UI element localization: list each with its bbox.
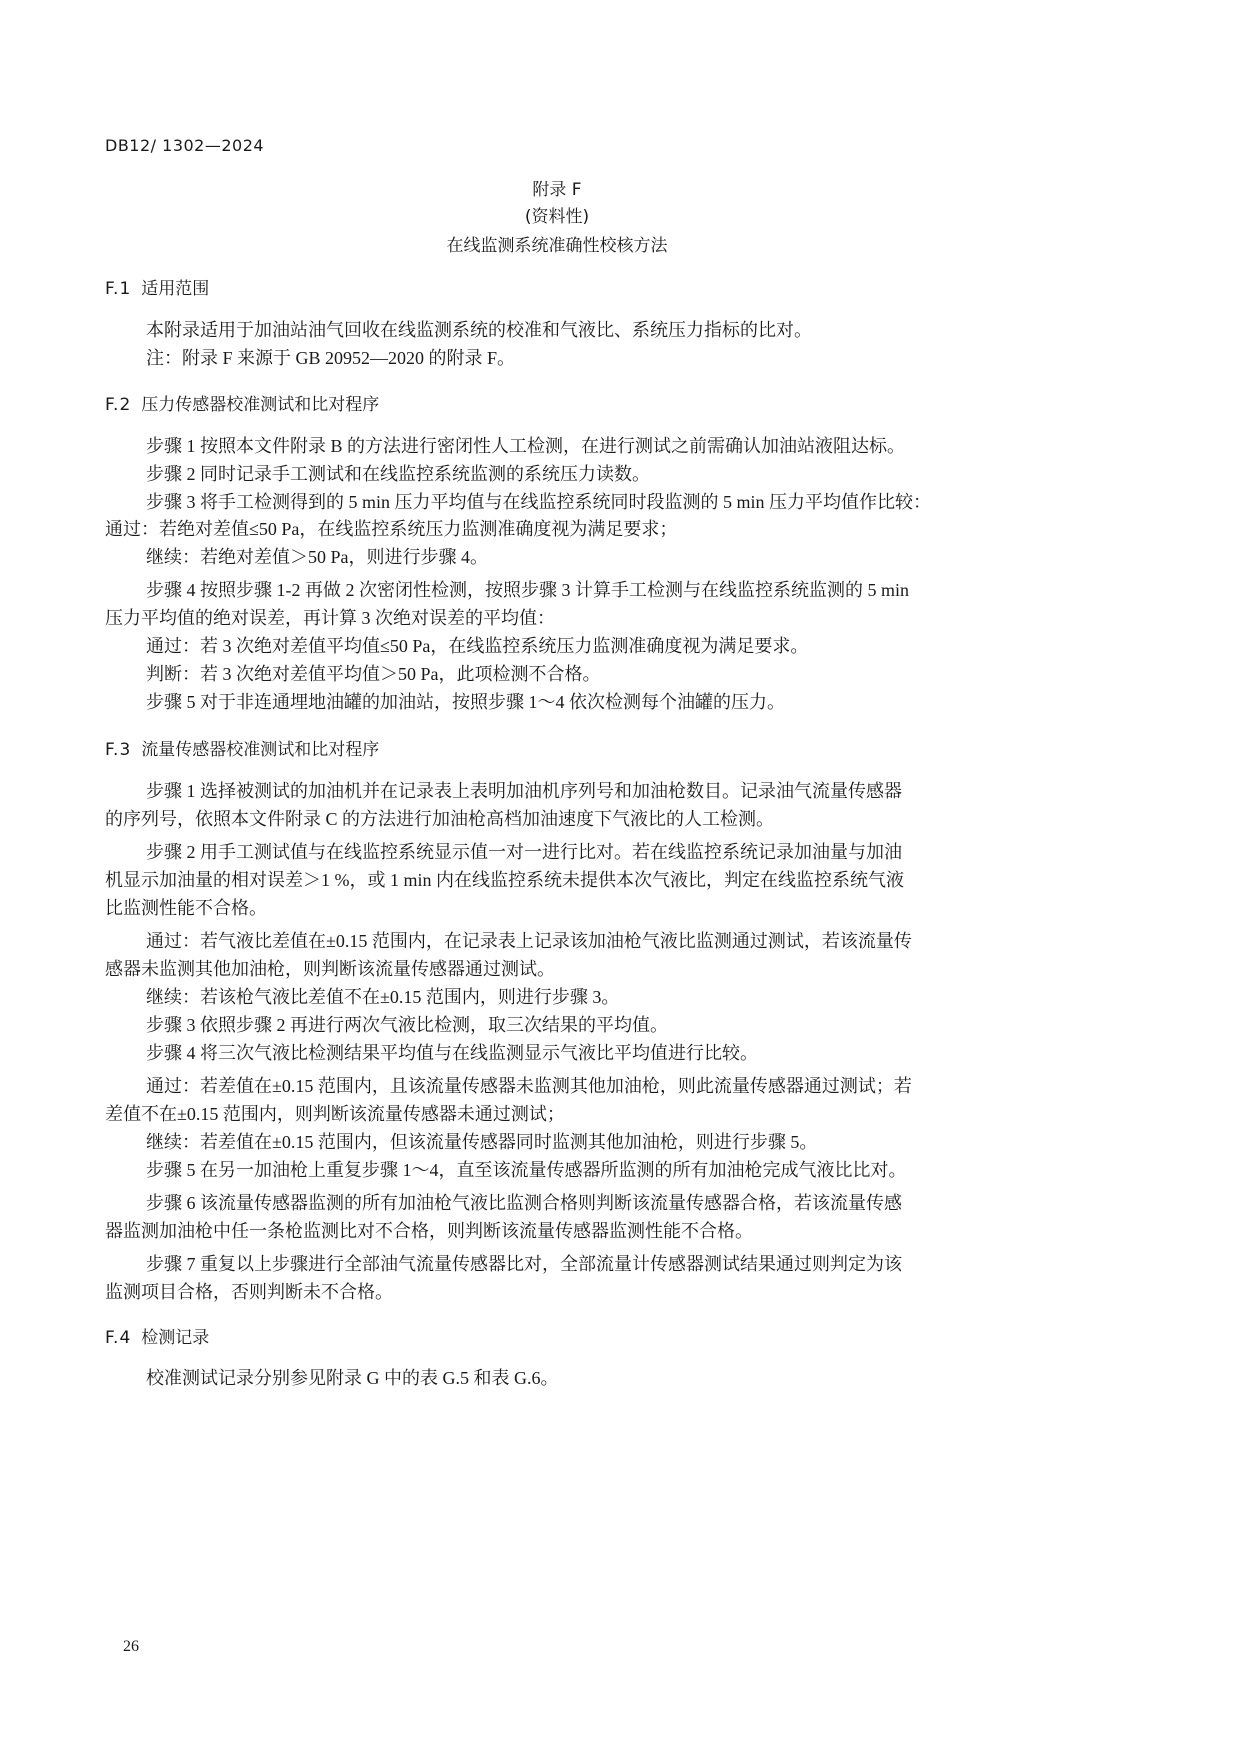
paragraph-line: 步骤 1 选择被测试的加油机并在记录表上表明加油机序列号和加油枪数目。记录油气流… [146,777,902,803]
section-heading-f3: F.3流量传感器校准测试和比对程序 [105,735,379,760]
appendix-label: 附录 F [0,175,1114,200]
section-number: F.2 [105,395,131,415]
paragraph-line: 继续：若差值在±0.15 范围内，但该流量传感器同时监测其他加油枪，则进行步骤 … [146,1128,817,1154]
section-number: F.3 [105,740,131,760]
paragraph-line: 步骤 2 同时记录手工测试和在线监控系统监测的系统压力读数。 [146,460,650,486]
paragraph-line: 继续：若该枪气液比差值不在±0.15 范围内，则进行步骤 3。 [146,983,619,1009]
paragraph-line: 通过：若绝对差值≤50 Pa，在线监控系统压力监测准确度视为满足要求； [105,515,677,541]
section-number: F.4 [105,1328,131,1348]
paragraph-line: 步骤 4 将三次气液比检测结果平均值与在线监测显示气液比平均值进行比较。 [146,1039,758,1065]
paragraph-line: 通过：若气液比差值在±0.15 范围内，在记录表上记录该加油枪气液比监测通过测试… [146,927,912,953]
paragraph-line: 通过：若差值在±0.15 范围内，且该流量传感器未监测其他加油枪，则此流量传感器… [146,1072,912,1098]
appendix-nature: (资料性) [0,202,1114,227]
paragraph-line: 步骤 7 重复以上步骤进行全部油气流量传感器比对，全部流量计传感器测试结果通过则… [146,1250,902,1276]
paragraph-line: 步骤 1 按照本文件附录 B 的方法进行密闭性人工检测，在进行测试之前需确认加油… [146,432,905,458]
paragraph-line: 器监测加油枪中任一条枪监测比对不合格，则判断该流量传感器监测性能不合格。 [105,1217,753,1243]
note-line: 注：附录 F 来源于 GB 20952—2020 的附录 F。 [146,344,515,370]
section-title: 流量传感器校准测试和比对程序 [141,740,379,760]
appendix-title: 在线监测系统准确性校核方法 [0,231,1114,256]
paragraph-line: 判断：若 3 次绝对差值平均值＞50 Pa，此项检测不合格。 [146,660,601,686]
paragraph-line: 步骤 5 在另一加油枪上重复步骤 1～4，直至该流量传感器所监测的所有加油枪完成… [146,1156,907,1182]
document-code-header: DB12/ 1302—2024 [105,136,264,155]
document-page: DB12/ 1302—2024 附录 F (资料性) 在线监测系统准确性校核方法… [0,0,1241,1754]
paragraph-line: 校准测试记录分别参见附录 G 中的表 G.5 和表 G.6。 [146,1364,559,1390]
paragraph-line: 比监测性能不合格。 [105,894,267,920]
paragraph-line: 步骤 6 该流量传感器监测的所有加油枪气液比监测合格则判断该流量传感器合格，若该… [146,1189,902,1215]
section-heading-f4: F.4检测记录 [105,1323,209,1348]
paragraph-line: 机显示加油量的相对误差＞1 %，或 1 min 内在线监控系统未提供本次气液比，… [105,866,904,892]
paragraph-line: 差值不在±0.15 范围内，则判断该流量传感器未通过测试； [105,1100,565,1126]
section-title: 检测记录 [141,1328,209,1348]
page-number: 26 [123,1638,139,1656]
paragraph-line: 的序列号，依照本文件附录 C 的方法进行加油枪高档加油速度下气液比的人工检测。 [105,805,774,831]
paragraph-line: 步骤 2 用手工测试值与在线监控系统显示值一对一进行比对。若在线监控系统记录加油… [146,838,902,864]
section-title: 适用范围 [141,279,209,299]
section-number: F.1 [105,279,131,299]
paragraph-line: 监测项目合格，否则判断未不合格。 [105,1278,393,1304]
section-heading-f1: F.1适用范围 [105,274,209,299]
section-heading-f2: F.2压力传感器校准测试和比对程序 [105,390,379,415]
paragraph-line: 继续：若绝对差值＞50 Pa，则进行步骤 4。 [146,543,488,569]
paragraph-line: 压力平均值的绝对误差，再计算 3 次绝对误差的平均值： [105,604,555,630]
paragraph-line: 本附录适用于加油站油气回收在线监测系统的校准和气液比、系统压力指标的比对。 [146,316,812,342]
paragraph-line: 感器未监测其他加油枪，则判断该流量传感器通过测试。 [105,955,555,981]
paragraph-line: 步骤 3 依照步骤 2 再进行两次气液比检测，取三次结果的平均值。 [146,1011,668,1037]
paragraph-line: 通过：若 3 次绝对差值平均值≤50 Pa，在线监控系统压力监测准确度视为满足要… [146,632,808,658]
paragraph-line: 步骤 5 对于非连通埋地油罐的加油站，按照步骤 1～4 依次检测每个油罐的压力。 [146,688,785,714]
section-title: 压力传感器校准测试和比对程序 [141,395,379,415]
paragraph-line: 步骤 4 按照步骤 1-2 再做 2 次密闭性检测，按照步骤 3 计算手工检测与… [146,576,909,602]
paragraph-line: 步骤 3 将手工检测得到的 5 min 压力平均值与在线监控系统同时段监测的 5… [146,488,931,514]
